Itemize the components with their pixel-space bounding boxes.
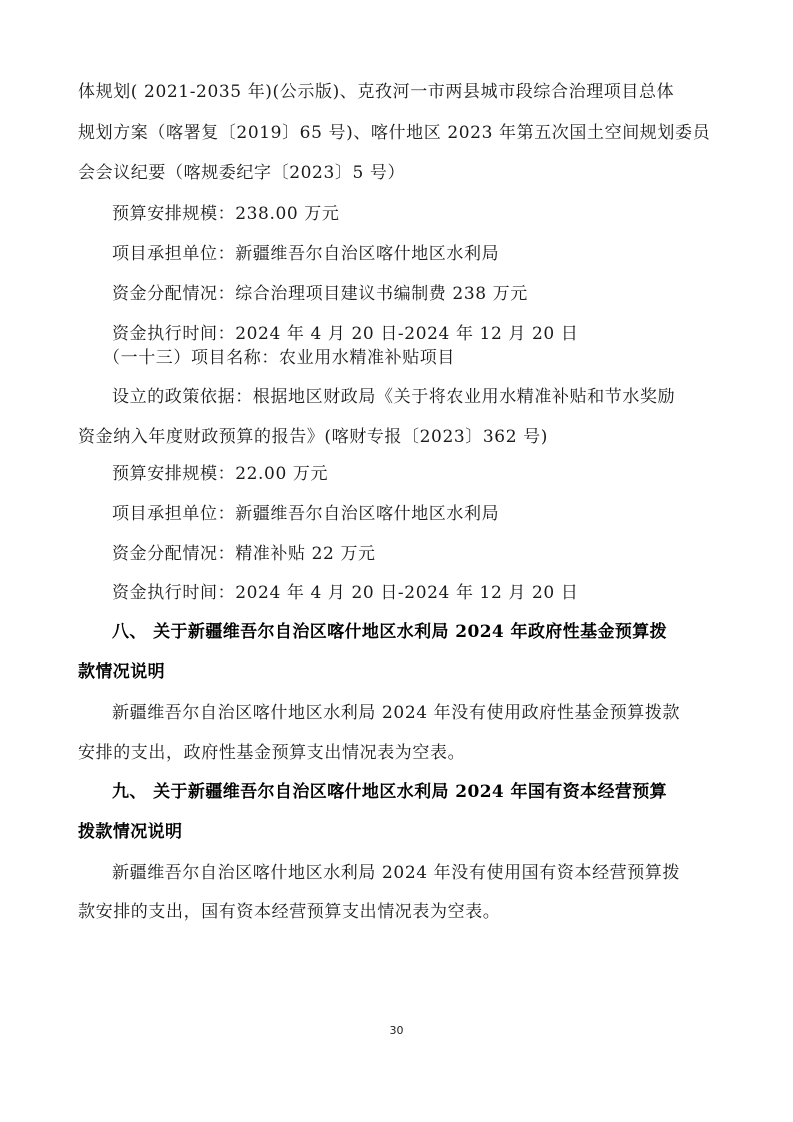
body-line: 新疆维吾尔自治区喀什地区水利局 2024 年没有使用国有资本经营预算拨 <box>112 861 752 885</box>
budget-scale-line: 预算安排规模：22.00 万元 <box>112 462 752 486</box>
body-line: 安排的支出，政府性基金预算支出情况表为空表。 <box>78 741 718 765</box>
section-heading-8-cont: 款情况说明 <box>78 660 718 684</box>
section-heading-9-cont: 拨款情况说明 <box>78 820 718 844</box>
body-line: 规划方案（喀署复〔2019〕65 号)、喀什地区 2023 年第五次国土空间规划… <box>78 121 718 145</box>
budget-scale-line: 预算安排规模：238.00 万元 <box>112 202 752 226</box>
page-number: 30 <box>0 1024 793 1037</box>
responsible-unit-line: 项目承担单位：新疆维吾尔自治区喀什地区水利局 <box>112 242 752 266</box>
document-page: 体规划( 2021-2035 年)(公示版)、克孜河一市两县城市段综合治理项目总… <box>0 0 793 1122</box>
body-line: 会会议纪要（喀规委纪字〔2023〕5 号） <box>78 161 718 185</box>
responsible-unit-line: 项目承担单位：新疆维吾尔自治区喀什地区水利局 <box>112 502 752 526</box>
fund-allocation-line: 资金分配情况：综合治理项目建议书编制费 238 万元 <box>112 282 752 306</box>
execution-time-line: 资金执行时间：2024 年 4 月 20 日-2024 年 12 月 20 日 <box>112 581 752 605</box>
project-name-line: （一十三）项目名称：农业用水精准补贴项目 <box>103 346 743 370</box>
body-line: 款安排的支出，国有资本经营预算支出情况表为空表。 <box>78 900 718 924</box>
body-line: 体规划( 2021-2035 年)(公示版)、克孜河一市两县城市段综合治理项目总… <box>78 80 718 104</box>
body-line: 新疆维吾尔自治区喀什地区水利局 2024 年没有使用政府性基金预算拨款 <box>112 701 752 725</box>
policy-basis-line: 设立的政策依据：根据地区财政局《关于将农业用水精准补贴和节水奖励 <box>112 385 752 409</box>
body-line: 资金纳入年度财政预算的报告》(喀财专报〔2023〕362 号) <box>78 425 718 449</box>
execution-time-line: 资金执行时间：2024 年 4 月 20 日-2024 年 12 月 20 日 <box>112 322 752 346</box>
fund-allocation-line: 资金分配情况：精准补贴 22 万元 <box>112 542 752 566</box>
section-heading-9: 九、 关于新疆维吾尔自治区喀什地区水利局 2024 年国有资本经营预算 <box>112 780 752 804</box>
section-heading-8: 八、 关于新疆维吾尔自治区喀什地区水利局 2024 年政府性基金预算拨 <box>112 620 752 644</box>
